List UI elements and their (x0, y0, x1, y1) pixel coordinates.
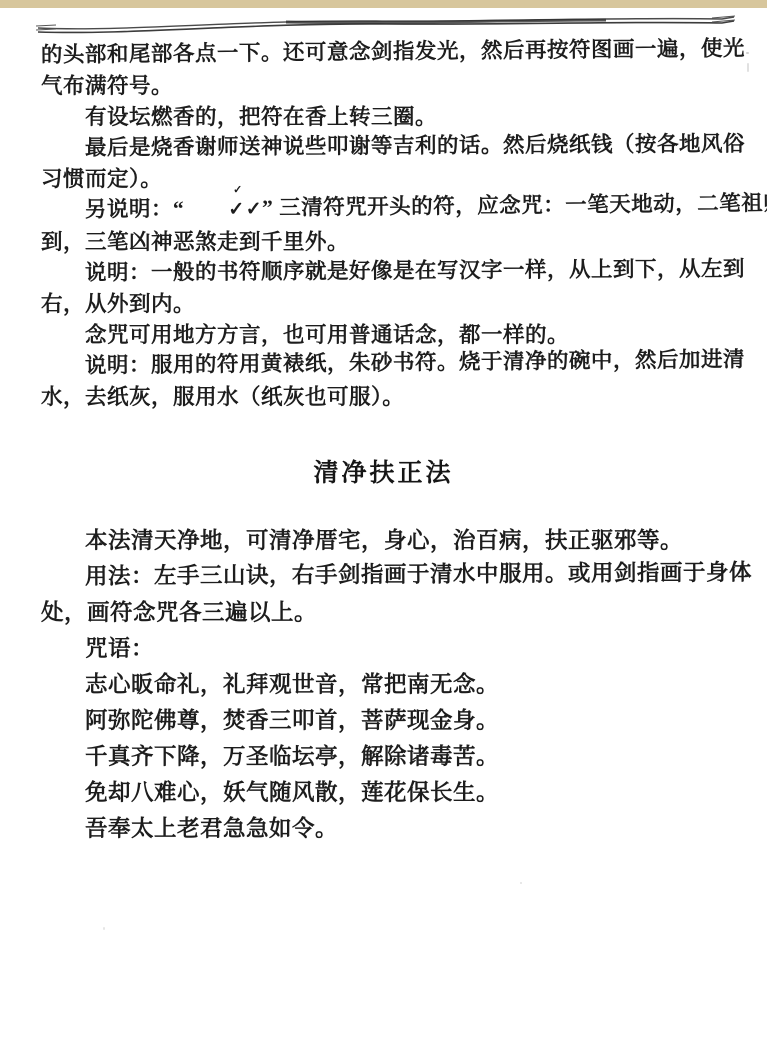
text-line-with-talisman-symbol: 另说明：“✓✓✓” 三清符咒开头的符，应念咒：一笔天地动，二笔祖师 (41, 188, 737, 227)
body-section-1: 的头部和尾部各点一下。还可意念剑指发光，然后再按符图画一遍，使光 气布满符号。 … (0, 38, 767, 413)
text-line: 用法：左手三山诀，右手剑指画于清水中服用。或用剑指画于身体 (41, 555, 737, 595)
scan-edge-band (0, 0, 767, 8)
text-line: 说明：一般的书符顺序就是好像是在写汉字一样，从上到下，从左到 (41, 254, 737, 289)
scan-speck (520, 882, 522, 884)
chant-line: 吾奉太上老君急急如令。 (41, 811, 737, 847)
text-line: 到，三笔凶神恶煞走到千里外。 (41, 227, 737, 258)
section-title: 清净扶正法 (0, 457, 767, 489)
body-section-2: 本法清天净地，可清净厝宅，身心，治百病，扶正驱邪等。 用法：左手三山诀，右手剑指… (0, 523, 767, 847)
chant-line: 千真齐下降，万圣临坛亭，解除诸毒苦。 (41, 739, 737, 775)
text-line: 气布满符号。 (41, 71, 737, 102)
scanned-book-page: 的头部和尾部各点一下。还可意念剑指发光，然后再按符图画一遍，使光 气布满符号。 … (0, 0, 767, 1054)
scan-speck (747, 63, 749, 72)
text-line: 水，去纸灰，服用水（纸灰也可服）。 (41, 382, 737, 413)
small-check-icon: ✓ (189, 185, 243, 197)
check-icon: ✓ (246, 199, 263, 220)
text-line: 说明：服用的符用黄裱纸，朱砂书符。烧于清净的碗中，然后加进清 (41, 344, 737, 382)
chant-line: 免却八难心，妖气随风散，莲花保长生。 (41, 775, 737, 811)
text-line: 的头部和尾部各点一下。还可意念剑指发光，然后再按符图画一遍，使光 (41, 33, 737, 71)
scan-speck (103, 927, 105, 930)
scan-speck (746, 52, 749, 54)
check-icon: ✓ (228, 199, 245, 220)
text-line: 最后是烧香谢师送神说些叩谢等吉利的话。然后烧纸钱（按各地风俗 (41, 129, 737, 164)
text-line: 右，从外到内。 (41, 289, 737, 320)
text-segment: ” 三清符咒开头的符，应念咒：一笔天地动，二笔祖师 (262, 191, 767, 220)
three-pure-ones-check-symbol: ✓✓ (184, 193, 246, 226)
text-line: 咒语： (41, 631, 737, 667)
chant-line: 阿弥陀佛尊，焚香三叩首，菩萨现金身。 (41, 703, 737, 739)
text-line: 处，画符念咒各三遍以上。 (41, 595, 737, 631)
text-line: 本法清天净地，可清净厝宅，身心，治百病，扶正驱邪等。 (41, 523, 737, 559)
text-segment: 另说明：“ (85, 197, 184, 222)
hand-drawn-rule-icon (36, 12, 736, 36)
text-line: 有设坛燃香的，把符在香上转三圈。 (41, 102, 737, 133)
chant-line: 志心昄命礼，礼拜观世音，常把南无念。 (41, 667, 737, 703)
